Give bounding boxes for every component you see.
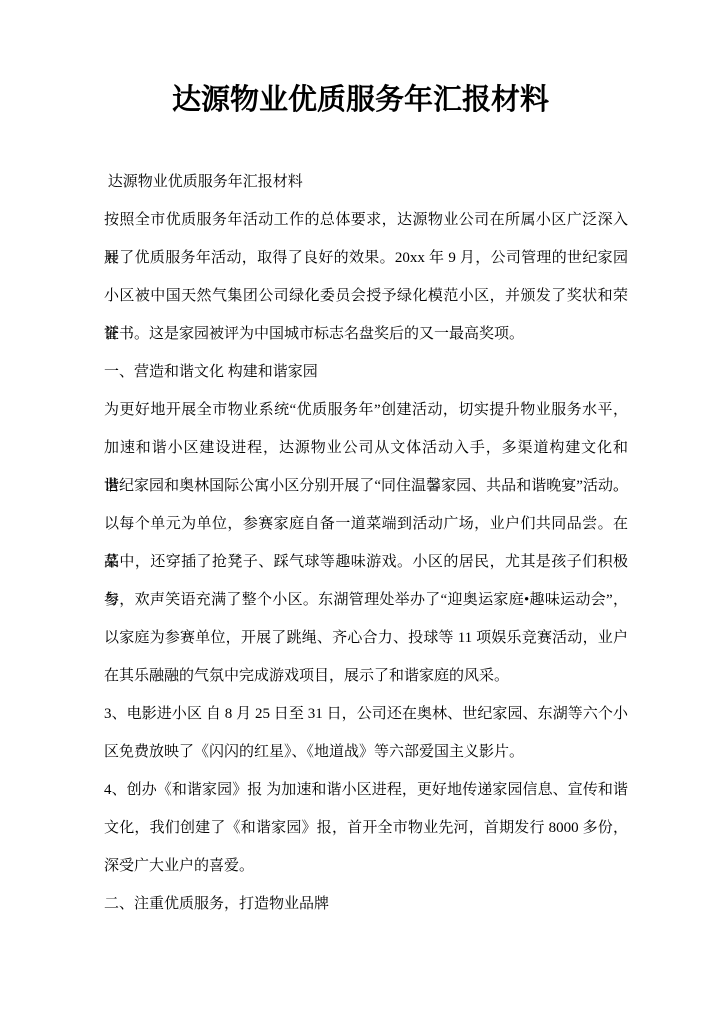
section-1-body-line: 以每个单元为单位，参赛家庭自备一道菜端到活动广场，业户们共同品尝。在品	[104, 505, 628, 543]
intro-paragraph-line: 按照全市优质服务年活动工作的总体要求，达源物业公司在所属小区广泛深入开	[104, 201, 628, 239]
intro-paragraph-line: 证书。这是家园被评为中国城市标志名盘奖后的又一最高奖项。	[104, 315, 628, 353]
document-body: 达源物业优质服务年汇报材料按照全市优质服务年活动工作的总体要求，达源物业公司在所…	[104, 163, 628, 923]
document-sheet: 达源物业优质服务年汇报材料 达源物业优质服务年汇报材料按照全市优质服务年活动工作…	[0, 0, 721, 1020]
item-4-newspaper-line: 4、创办《和谐家园》报 为加速和谐小区进程，更好地传递家园信息、宣传和谐	[104, 771, 628, 809]
section-1-body-line: 菜中，还穿插了抢凳子、踩气球等趣味游戏。小区的居民，尤其是孩子们积极参	[104, 543, 628, 581]
section-1-body-line: 以家庭为参赛单位，开展了跳绳、齐心合力、投球等 11 项娱乐竞赛活动，业户	[104, 619, 628, 657]
document-page: { "colors": { "background": "#ffffff", "…	[0, 0, 721, 1020]
section-1-body-line: 在其乐融融的气氛中完成游戏项目，展示了和谐家庭的风采。	[104, 657, 628, 695]
item-4-newspaper-line: 深受广大业户的喜爱。	[104, 847, 628, 885]
section-1-body-line: 与，欢声笑语充满了整个小区。东湖管理处举办了“迎奥运家庭•趣味运动会”，	[104, 581, 628, 619]
item-3-movies-line: 3、电影进小区 自 8 月 25 日至 31 日，公司还在奥林、世纪家园、东湖等…	[104, 695, 628, 733]
intro-paragraph-line: 小区被中国天然气集团公司绿化委员会授予绿化模范小区，并颁发了奖状和荣誉	[104, 277, 628, 315]
section-2-heading-line: 二、注重优质服务，打造物业品牌	[104, 885, 628, 923]
document-title: 达源物业优质服务年汇报材料	[0, 79, 721, 121]
section-1-body-line: 加速和谐小区建设进程，达源物业公司从文体活动入手，多渠道构建文化和谐。	[104, 429, 628, 467]
item-4-newspaper-line: 文化，我们创建了《和谐家园》报，首开全市物业先河，首期发行 8000 多份，	[104, 809, 628, 847]
section-1-heading-line: 一、营造和谐文化 构建和谐家园	[104, 353, 628, 391]
section-1-body-line: 为更好地开展全市物业系统“优质服务年”创建活动，切实提升物业服务水平，	[104, 391, 628, 429]
section-1-body-line: 世纪家园和奥林国际公寓小区分别开展了“同住温馨家园、共品和谐晚宴”活动。	[104, 467, 628, 505]
item-3-movies-line: 区免费放映了《闪闪的红星》、《地道战》等六部爱国主义影片。	[104, 733, 628, 771]
intro-paragraph-line: 展了优质服务年活动，取得了良好的效果。20xx 年 9 月，公司管理的世纪家园	[104, 239, 628, 277]
subtitle-line: 达源物业优质服务年汇报材料	[104, 163, 628, 201]
